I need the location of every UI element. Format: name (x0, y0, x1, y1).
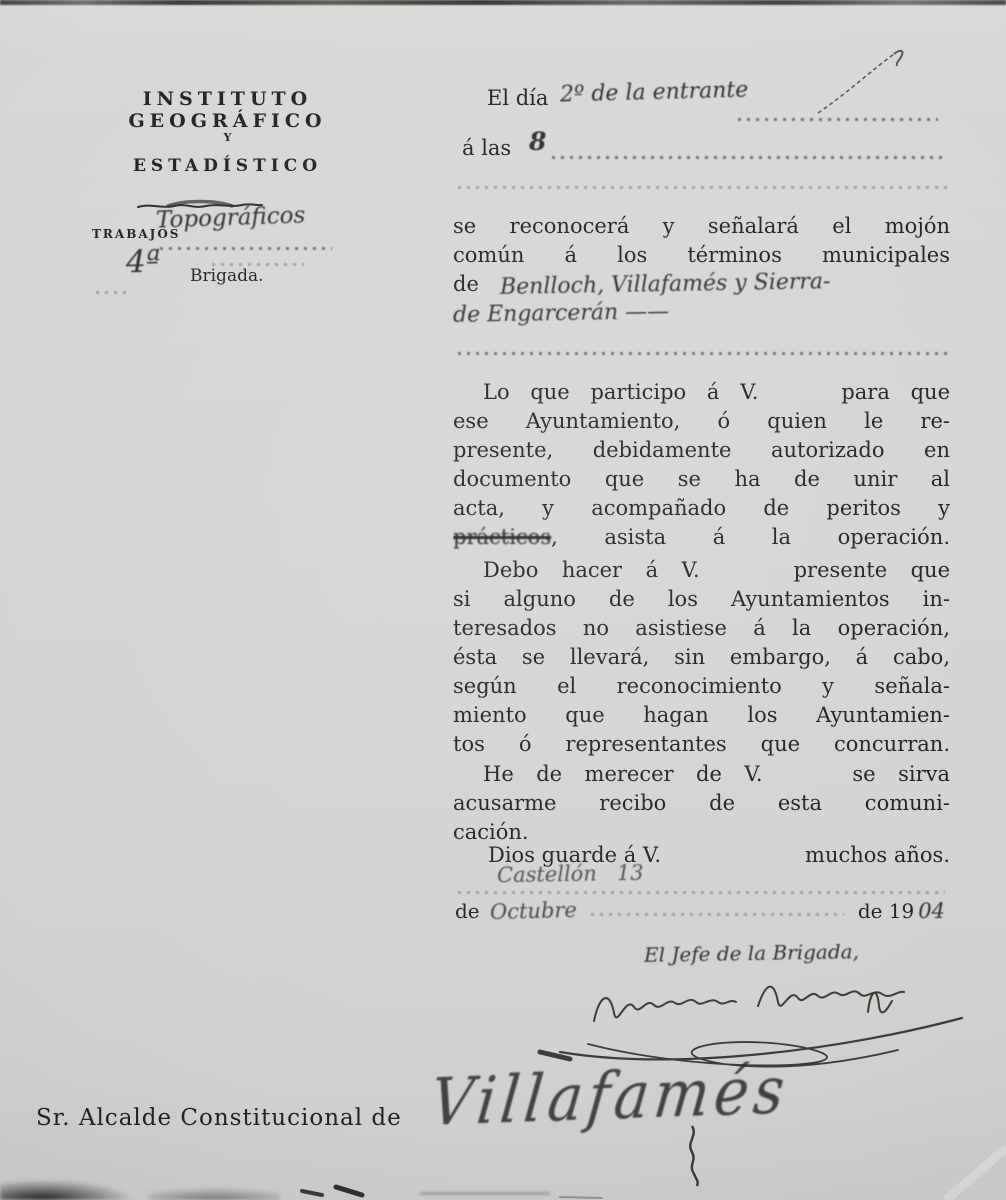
paragraph-mojon-line1: se reconocerá y señalará el mojón (453, 212, 950, 241)
paragraph-debo-line7: tos ó representantes que concurran. (453, 730, 950, 759)
paragraph-debo-line2: si alguno de los Ayuntamientos in- (453, 585, 950, 614)
paragraph-mojon-line3-printed: de (453, 272, 479, 296)
scanned-letter-page: INSTITUTO GEOGRÁFICO Y ESTADÍSTICO TRABA… (0, 0, 1006, 1200)
scan-blotch-bottom-left (0, 1174, 150, 1200)
addressee-municipality-handwritten: Villafamés (427, 1052, 793, 1141)
blank-dotted-line (458, 186, 950, 189)
paragraph-debo-line5: según el reconocimiento y señala- (453, 672, 950, 701)
brigade-label: Brigada. (190, 266, 264, 286)
dateline-de1: de (455, 899, 480, 923)
brigade-dotted-line (96, 291, 130, 294)
letterhead-institution-line3: ESTADÍSTICO (55, 156, 400, 176)
paragraph-merecer: He de merecer de V. se sirva acusarme re… (453, 760, 950, 847)
dateline-year-handwritten: 04 (918, 899, 945, 923)
paragraph-debo: Debo hacer á V. presente que si alguno d… (453, 556, 950, 759)
dateline-month-handwritten: Octubre (489, 898, 576, 924)
paragraph-mojon: se reconocerá y señalará el mojón común … (453, 212, 950, 328)
paragraph-participo-struck-word: prácticos (453, 525, 551, 549)
paragraph-debo-line6: miento que hagan los Ayuntamien- (453, 701, 950, 730)
pen-flourish-stroke (818, 51, 902, 113)
paragraph-participo-line1: Lo que participo á V. para que (453, 378, 950, 407)
opening-hour-value-handwritten: 8 (529, 127, 546, 156)
dateline-dotted-line (458, 891, 945, 894)
dateline-de2: de 19 (858, 899, 914, 923)
scan-blotch-bottom-left-2 (148, 1186, 280, 1200)
blank-dotted-line-2 (458, 352, 950, 355)
valediction-right: muchos años. (805, 843, 950, 867)
opening-hour-label: á las (462, 136, 511, 160)
paragraph-participo: Lo que participo á V. para que ese Ayunt… (453, 378, 950, 552)
paragraph-participo-line3: presente, debidamente autorizado en (453, 436, 950, 465)
scan-mark-bottom-center (420, 1192, 550, 1195)
paragraph-participo-line5: acta, y acompañado de peritos y (453, 494, 950, 523)
dateline-dotted-fill (591, 913, 844, 916)
paragraph-debo-line4: ésta se llevará, sin embargo, á cabo, (453, 643, 950, 672)
dateline-place-handwritten: Castellón 13 (497, 861, 644, 888)
scan-edge-top (0, 0, 1006, 5)
addressee-printed: Sr. Alcalde Constitucional de (36, 1105, 402, 1131)
letterhead-works-type-handwritten: Topográficos (156, 202, 306, 233)
ink-squiggle-mark (690, 1126, 697, 1186)
dateline: de Octubre de 19 04 (455, 899, 945, 923)
jefe-title-handwritten: El Jefe de la Brigada, (644, 939, 859, 967)
opening-hour-dotted-line (552, 156, 944, 159)
letterhead-institution-line1: INSTITUTO GEOGRÁFICO (55, 88, 400, 132)
letterhead-institution-line2: Y (55, 131, 400, 144)
brigade-number-handwritten: 4ª (126, 244, 161, 281)
letterhead-dotted-line (160, 247, 332, 250)
paragraph-mojon-line2: común á los términos municipales (453, 241, 950, 270)
opening-day-dotted-line (738, 118, 938, 121)
paragraph-debo-line3: teresados no asistiese á la operación, (453, 614, 950, 643)
paragraph-participo-line6-rest: , asista á la operación. (551, 525, 950, 549)
opening-day-label: El día (487, 86, 548, 110)
paragraph-mojon-line4-handwritten: de Engarcerán —— (453, 297, 670, 330)
paragraph-debo-line1: Debo hacer á V. presente que (453, 556, 950, 585)
paragraph-participo-line4: documento que se ha de unir al (453, 465, 950, 494)
paragraph-merecer-line2: acusarme recibo de esta comuni- (453, 789, 950, 818)
opening-day-value-handwritten: 2º de la entrante (560, 78, 749, 108)
paragraph-merecer-line1: He de merecer de V. se sirva (453, 760, 950, 789)
paper-crease (946, 1148, 1006, 1200)
paragraph-participo-line2: ese Ayuntamiento, ó quien le re- (453, 407, 950, 436)
